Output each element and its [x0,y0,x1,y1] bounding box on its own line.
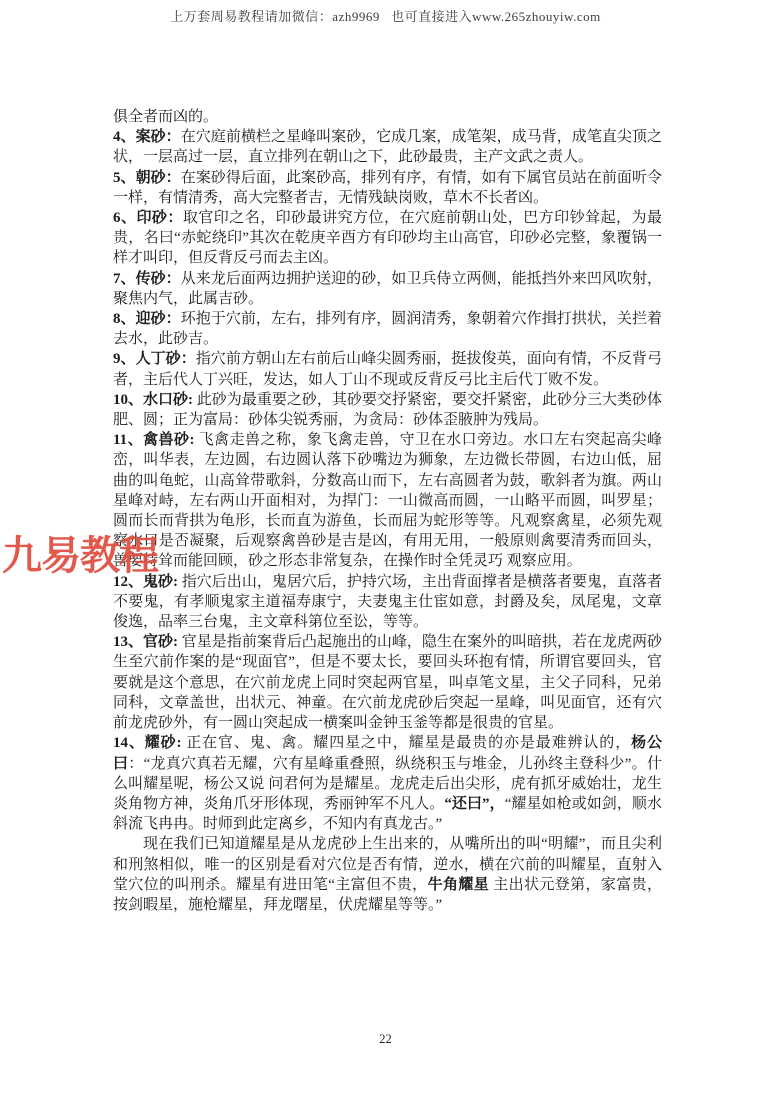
section-text: 环抱于穴前，左右，排列有序，圆润清秀，象朝着穴作揖打拱状，关拦着去水，此砂吉。 [113,311,662,347]
section-label: “还曰”， [444,796,504,812]
section-label: 7、传砂： [113,271,181,287]
paragraph: 13、官砂: 官星是指前案背后凸起施出的山峰，隐生在案外的叫暗拱，若在龙虎两砂生… [113,632,662,733]
section-label: 5、朝砂： [113,170,181,186]
section-label: 6、印砂： [113,210,183,226]
section-text: 从来龙后面两边拥护送迎的砂，如卫兵侍立两侧，能抵挡外来凹风吹射，聚焦内气，此属吉… [113,271,662,307]
section-label: 14、耀砂: [113,735,182,751]
paragraph: 4、案砂：在穴庭前横栏之星峰叫案砂，它成几案，成笔架，成马背，成笔直尖顶之状，一… [113,127,662,167]
paragraph: 6、印砂：取官印之名，印砂最讲究方位，在穴庭前朝山处，巴方印钞耸起，为最贵，名曰… [113,208,662,269]
section-text: 在案砂得后面，此案砂高，排列有序，有情，如有下属官员站在前面听令一样，有情清秀，… [113,170,662,206]
paragraph: 5、朝砂：在案砂得后面，此案砂高，排列有序，有情，如有下属官员站在前面听令一样，… [113,168,662,208]
section-label: 12、鬼砂: [113,574,178,590]
paragraph: 14、耀砂: 正在官、鬼、禽。耀四星之中，耀星是最贵的亦是最难辨认的，杨公曰：“… [113,733,662,834]
paragraph: 8、迎砂：环抱于穴前，左右，排列有序，圆润清秀，象朝着穴作揖打拱状，关拦着去水，… [113,309,662,349]
header-watermark-note: 上万套周易教程请加微信：azh9969 也可直接进入www.265zhouyiw… [0,6,771,25]
section-label: 9、人丁砂： [113,351,196,367]
section-text: 取官印之名，印砂最讲究方位，在穴庭前朝山处，巴方印钞耸起，为最贵，名曰“赤蛇绕印… [113,210,662,266]
section-text: 指穴后出山，鬼居穴后，护持穴场，主出背面撑者是横落者要鬼，直落者不要鬼，有孝顺鬼… [113,574,662,630]
page-number: 22 [0,1032,771,1047]
paragraph: 10、水口砂: 此砂为最重要之砂，其砂要交抒紧密，要交扦紧密，此砂分三大类砂体肥… [113,390,662,430]
section-label: 牛角耀星 [428,877,490,893]
paragraph: 俱全者而凶的。 [113,107,662,127]
section-text: 此砂为最重要之砂，其砂要交抒紧密，要交扦紧密，此砂分三大类砂体肥、圆；正为富局：… [113,392,662,428]
section-text: 正在官、鬼、禽。耀四星之中，耀星是最贵的亦是最难辨认的， [182,735,632,751]
document-page: 上万套周易教程请加微信：azh9969 也可直接进入www.265zhouyiw… [0,0,771,1115]
section-label: 8、迎砂： [113,311,181,327]
document-body: 俱全者而凶的。4、案砂：在穴庭前横栏之星峰叫案砂，它成几案，成笔架，成马背，成笔… [113,107,662,915]
section-label: 13、官砂: [113,634,178,650]
section-text: 飞禽走兽之称，象飞禽走兽，守卫在水口旁边。水口左右突起高尖峰峦，叫华表，左边圆，… [113,432,662,569]
paragraph: 11、禽兽砂: 飞禽走兽之称，象飞禽走兽，守卫在水口旁边。水口左右突起高尖峰峦，… [113,430,662,571]
section-label: 4、案砂： [113,129,181,145]
paragraph: 现在我们已知道耀星是从龙虎砂上生出来的，从嘴所出的叫“明耀”，而且尖利和刑煞相似… [113,834,662,915]
paragraph: 9、人丁砂：指穴前方朝山左右前后山峰尖圆秀丽，挺拔俊英，面向有情，不反背弓者，主… [113,349,662,389]
paragraph: 7、传砂：从来龙后面两边拥护送迎的砂，如卫兵侍立两侧，能抵挡外来凹风吹射，聚焦内… [113,269,662,309]
section-text: 俱全者而凶的。 [113,109,218,125]
section-text: 官星是指前案背后凸起施出的山峰，隐生在案外的叫暗拱，若在龙虎两砂生至穴前作案的是… [113,634,662,731]
section-label: 10、水口砂: [113,392,193,408]
paragraph: 12、鬼砂: 指穴后出山，鬼居穴后，护持穴场，主出背面撑者是横落者要鬼，直落者不… [113,572,662,633]
section-text: 指穴前方朝山左右前后山峰尖圆秀丽，挺拔俊英，面向有情，不反背弓者，主后代人丁兴旺… [113,351,662,387]
section-label: 11、禽兽砂: [113,432,194,448]
section-text: 在穴庭前横栏之星峰叫案砂，它成几案，成笔架，成马背，成笔直尖顶之状，一层高过一层… [113,129,662,165]
